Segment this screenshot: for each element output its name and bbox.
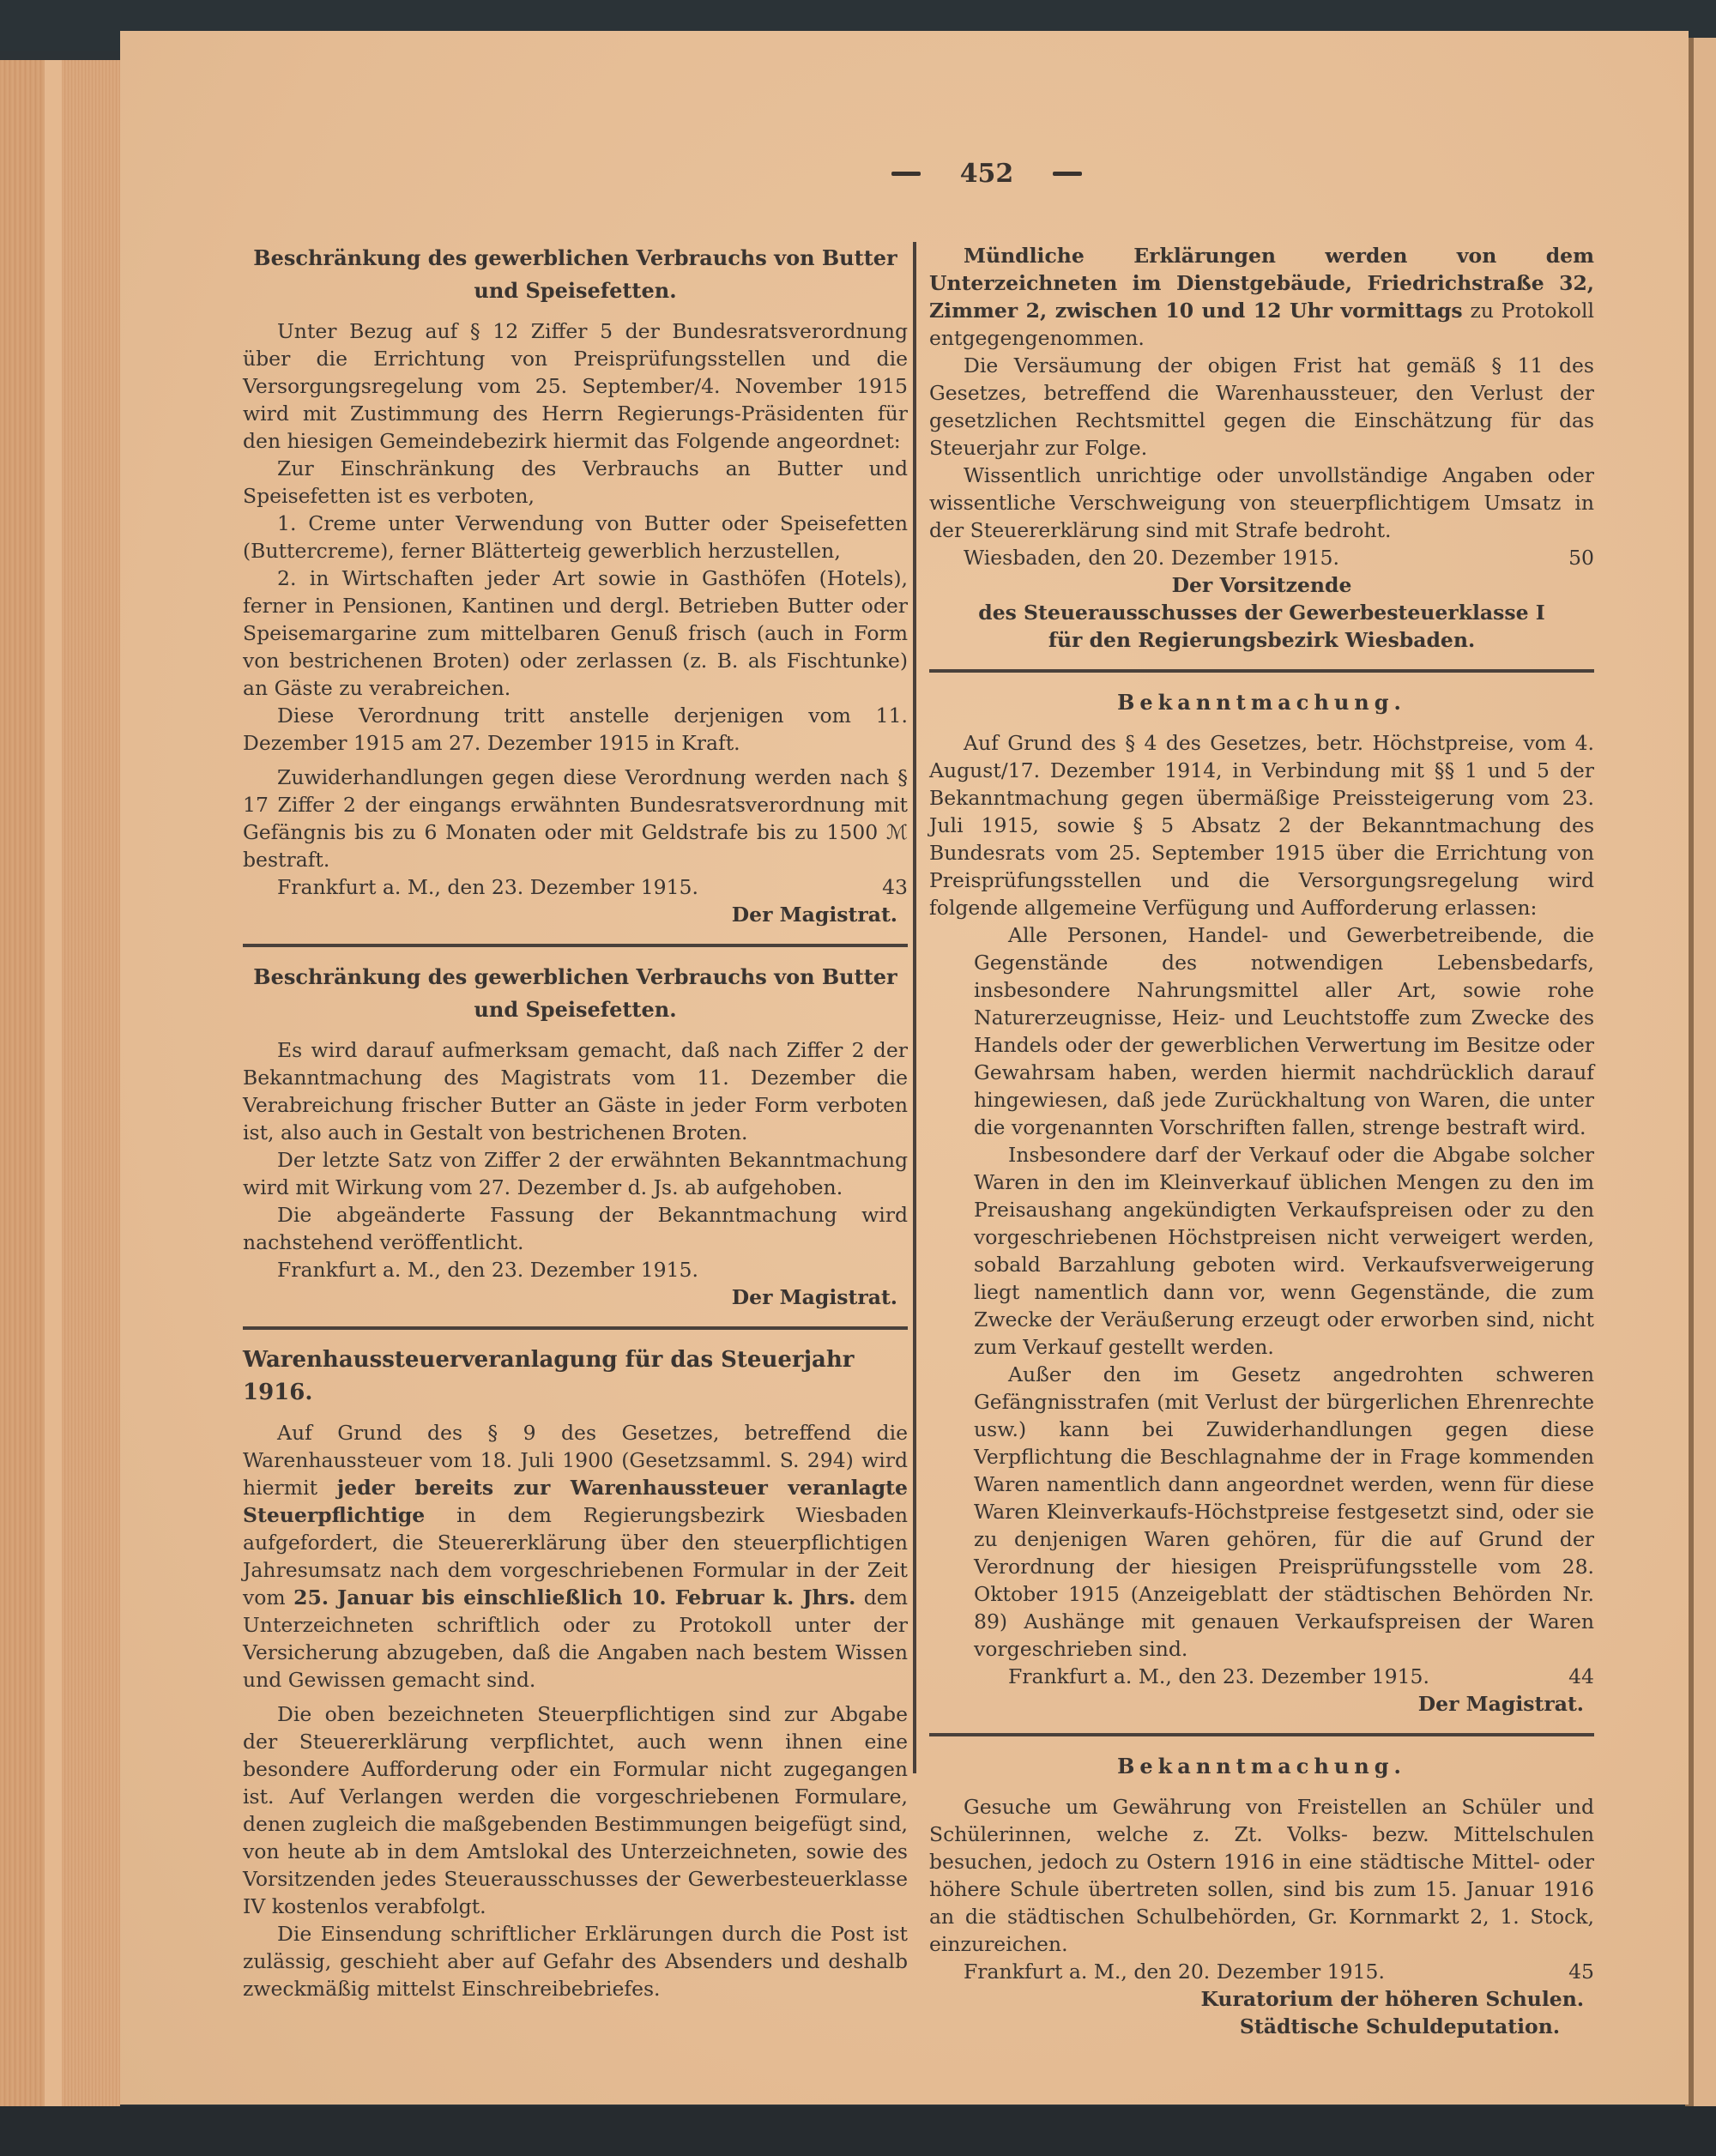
reference-number: 43 [882,873,908,901]
notice-butter-restriction-1: Beschränkung des gewerblichen Verbrauchs… [243,242,908,928]
notice-title: Warenhaussteuerveranlagung für das Steue… [243,1344,908,1409]
signature: Der Magistrat. [243,901,908,928]
paragraph: Zuwiderhandlungen gegen diese Verordnung… [243,764,908,873]
page-number: 452 [960,159,1014,189]
dash-ornament [891,172,921,176]
signature: Der Magistrat. [243,1283,908,1311]
paragraph: Die Einsendung schriftlicher Erklärungen… [243,1920,908,2002]
signature-line: Kuratorium der höheren Schulen. [929,1985,1594,2013]
page-edge-strip [62,60,120,2119]
reference-number: 50 [1568,544,1594,571]
horizontal-rule [243,944,908,947]
left-column: Beschränkung des gewerblichen Verbrauchs… [243,242,908,2002]
paragraph: Diese Verordnung tritt anstelle derjenig… [243,702,908,757]
horizontal-rule [929,1733,1594,1736]
right-column: Mündliche Erklärungen werden von dem Unt… [929,242,1594,2040]
reference-number: 44 [1568,1663,1594,1690]
paragraph: Gesuche um Gewährung von Freistellen an … [929,1793,1594,1958]
place-date: Frankfurt a. M., den 23. Dezember 1915. [1008,1663,1429,1690]
notice-title: Beschränkung des gewerblichen Verbrauchs… [243,961,908,1026]
notice-warehouse-tax-continued: Mündliche Erklärungen werden von dem Unt… [929,242,1594,654]
paragraph: Auf Grund des § 9 des Gesetzes, betreffe… [243,1419,908,1694]
notice-price-announcement: Bekanntmachung. Auf Grund des § 4 des Ge… [929,686,1594,1718]
book-page-edges-right [1685,38,1716,2114]
place-date-line: Frankfurt a. M., den 23. Dezember 1915. … [974,1663,1594,1690]
paragraph: Alle Personen, Handel- und Gewerbetreibe… [974,921,1594,1141]
signature-line: für den Regierungsbezirk Wiesbaden. [929,626,1594,654]
signature-line: Städtische Schuldeputation. [929,2013,1594,2040]
notice-butter-restriction-2: Beschränkung des gewerblichen Verbrauchs… [243,961,908,1311]
place-date-line: Wiesbaden, den 20. Dezember 1915. 50 [929,544,1594,571]
place-date: Wiesbaden, den 20. Dezember 1915. [964,544,1339,571]
paragraph: Der letzte Satz von Ziffer 2 der erwähnt… [243,1146,908,1201]
place-date-line: Frankfurt a. M., den 23. Dezember 1915. [243,1256,908,1283]
book-cover-bottom [0,2106,1716,2156]
place-date: Frankfurt a. M., den 23. Dezember 1915. [277,1256,698,1283]
paragraph: Die oben bezeichneten Steuerpflichtigen … [243,1700,908,1920]
emphasis-text: 25. Januar bis einschließlich 10. Februa… [293,1585,855,1609]
paragraph: Die Versäumung der obigen Frist hat gemä… [929,352,1594,462]
notice-title: Beschränkung des gewerblichen Verbrauchs… [243,242,908,307]
notice-title: Bekanntmachung. [929,686,1594,719]
signature-line: Der Vorsitzende [929,571,1594,599]
notice-warehouse-tax: Warenhaussteuerveranlagung für das Steue… [243,1344,908,2002]
horizontal-rule [929,669,1594,673]
signature: Der Magistrat. [974,1690,1594,1718]
horizontal-rule [243,1326,908,1330]
list-item: 1. Creme unter Verwendung von Butter ode… [243,510,908,565]
paragraph: Außer den im Gesetz angedrohten schweren… [974,1361,1594,1663]
place-date-line: Frankfurt a. M., den 20. Dezember 1915. … [929,1958,1594,1985]
page-edge-strip [45,60,62,2119]
column-divider [913,242,916,1773]
paragraph: Insbesondere darf der Verkauf oder die A… [974,1141,1594,1361]
notice-title: Bekanntmachung. [929,1750,1594,1783]
paragraph: Auf Grund des § 4 des Gesetzes, betr. Hö… [929,729,1594,921]
reference-number: 45 [1568,1958,1594,1985]
book-page-edges-left [0,60,120,2119]
list-item: 2. in Wirtschaften jeder Art sowie in Ga… [243,565,908,702]
paragraph: Die abgeänderte Fassung der Bekanntmachu… [243,1201,908,1256]
paragraph: Wissentlich unrichtige oder unvollständi… [929,462,1594,544]
place-date-line: Frankfurt a. M., den 23. Dezember 1915. … [243,873,908,901]
place-date: Frankfurt a. M., den 23. Dezember 1915. [277,873,698,901]
paragraph: Zur Einschränkung des Verbrauchs an Butt… [243,455,908,510]
signature-line: des Steuerausschusses der Gewerbesteuerk… [929,599,1594,626]
paragraph: Es wird darauf aufmerksam gemacht, daß n… [243,1036,908,1146]
paragraph: Mündliche Erklärungen werden von dem Unt… [929,242,1594,352]
document-page: 452 Beschränkung des gewerblichen Verbra… [120,31,1689,2105]
paragraph: Unter Bezug auf § 12 Ziffer 5 der Bundes… [243,317,908,455]
page-header: 452 [815,156,1158,190]
notice-school-freeplaces: Bekanntmachung. Gesuche um Gewährung von… [929,1750,1594,2040]
place-date: Frankfurt a. M., den 20. Dezember 1915. [964,1958,1385,1985]
indented-block: Alle Personen, Handel- und Gewerbetreibe… [929,921,1594,1718]
dash-ornament [1053,172,1082,176]
